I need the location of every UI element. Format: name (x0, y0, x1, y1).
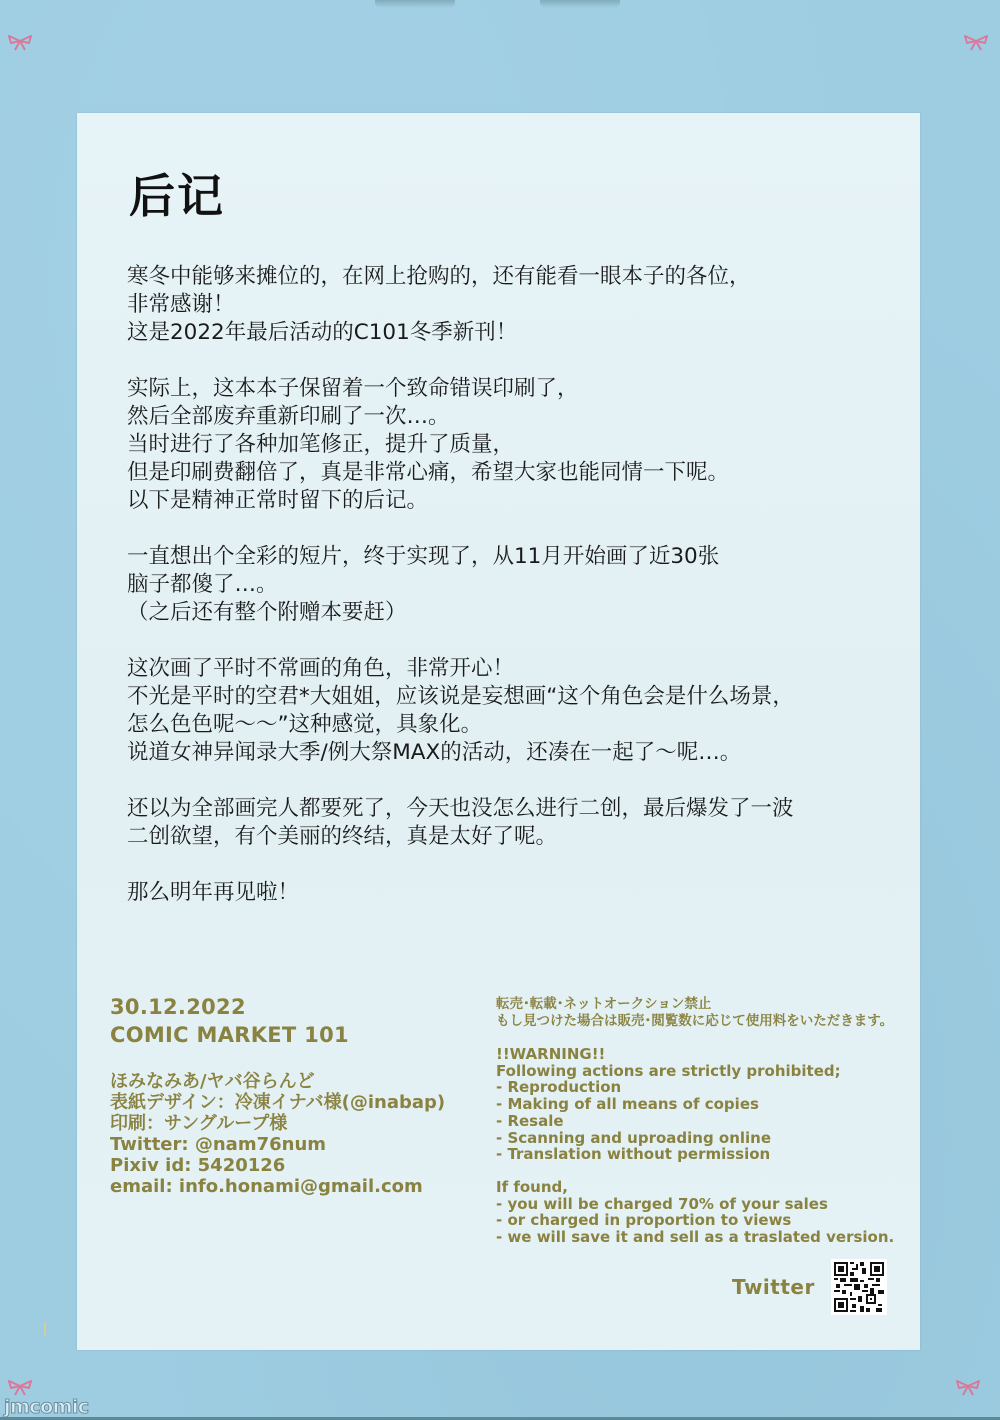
text-line: 二创欲望，有个美丽的终结，真是太好了呢。 (127, 823, 907, 851)
paragraph-thanks: 寒冬中能够来摊位的，在网上抢购的，还有能看一眼本子的各位， 非常感谢！ 这是20… (127, 263, 907, 347)
text-line: 说道女神异闻录大季/例大祭MAX的活动，还凑在一起了～呢…。 (127, 739, 907, 767)
credits-block: 30.12.2022 COMIC MARKET 101 ほみなみあ/ヤバ谷らんど… (110, 993, 445, 1197)
notice-line: - Scanning and uproading online (496, 1130, 894, 1147)
bow-icon-bottom-right (955, 1378, 981, 1396)
text-line: 寒冬中能够来摊位的，在网上抢购的，还有能看一眼本子的各位， (127, 263, 907, 291)
top-smudge-left (375, 0, 455, 8)
notice-line: - Resale (496, 1113, 894, 1130)
text-line: 当时进行了各种加笔修正，提升了质量， (127, 431, 907, 459)
event-date: 30.12.2022 (110, 993, 445, 1021)
circle-name: ほみなみあ/ヤバ谷らんど (110, 1071, 445, 1092)
notice-line: - or charged in proportion to views (496, 1212, 894, 1229)
text-line: 脑子都傻了…。 (127, 571, 907, 599)
bow-icon-bottom-left (7, 1378, 33, 1396)
text-line: 还以为全部画完人都要死了，今天也没怎么进行二创，最后爆发了一波 (127, 795, 907, 823)
paragraph-farewell: 那么明年再见啦！ (127, 879, 907, 907)
bow-icon-top-left (7, 33, 33, 51)
notice-line: - Translation without permission (496, 1146, 894, 1163)
twitter-qr-block: Twitter (732, 1259, 887, 1315)
credits-info: ほみなみあ/ヤバ谷らんど 表紙デザイン：冷凍イナバ様(@inabap) 印刷：サ… (110, 1071, 445, 1197)
paragraph-ending: 还以为全部画完人都要死了，今天也没怎么进行二创，最后爆发了一波 二创欲望，有个美… (127, 795, 907, 851)
notice-japanese: 転売･転載･ネットオークション禁止 もし見つけた場合は販売･閲覧数に応じて使用料… (496, 996, 894, 1030)
qr-code-icon (831, 1259, 887, 1315)
notice-line: Following actions are strictly prohibite… (496, 1063, 894, 1080)
text-line: 这次画了平时不常画的角色，非常开心！ (127, 655, 907, 683)
notice-line: - you will be charged 70% of your sales (496, 1196, 894, 1213)
text-line: 实际上，这本本子保留着一个致命错误印刷了， (127, 375, 907, 403)
warning-heading: !!WARNING!! (496, 1046, 894, 1063)
watermark: jmcomic (4, 1396, 89, 1418)
notice-warning: !!WARNING!! Following actions are strict… (496, 1046, 894, 1163)
pixiv-id: Pixiv id: 5420126 (110, 1155, 445, 1176)
email-address: email: info.honami@gmail.com (110, 1176, 445, 1197)
text-line: 非常感谢！ (127, 291, 907, 319)
notice-line: 転売･転載･ネットオークション禁止 (496, 996, 894, 1013)
cover-design-credit: 表紙デザイン：冷凍イナバ様(@inabap) (110, 1092, 445, 1113)
text-line: 这是2022年最后活动的C101冬季新刊！ (127, 319, 907, 347)
notice-line: If found, (496, 1179, 894, 1196)
twitter-label: Twitter (732, 1275, 815, 1299)
notice-line: - we will save it and sell as a traslate… (496, 1229, 894, 1246)
copyright-notice: 転売･転載･ネットオークション禁止 もし見つけた場合は販売･閲覧数に応じて使用料… (496, 996, 894, 1246)
paragraph-reprint: 实际上，这本本子保留着一个致命错误印刷了， 然后全部废弃重新印刷了一次…。 当时… (127, 375, 907, 515)
text-line: 不光是平时的空君*大姐姐，应该说是妄想画“这个角色会是什么场景， (127, 683, 907, 711)
notice-line: もし見つけた場合は販売･閲覧数に応じて使用料をいただきます。 (496, 1013, 894, 1030)
notice-if-found: If found, - you will be charged 70% of y… (496, 1179, 894, 1246)
afterword-panel: 后记 寒冬中能够来摊位的，在网上抢购的，还有能看一眼本子的各位， 非常感谢！ 这… (77, 113, 920, 1350)
margin-mark (44, 1322, 46, 1336)
afterword-body: 寒冬中能够来摊位的，在网上抢购的，还有能看一眼本子的各位， 非常感谢！ 这是20… (127, 263, 907, 935)
top-smudge-right (540, 0, 620, 8)
text-line: 怎么色色呢～～”这种感觉，具象化。 (127, 711, 907, 739)
paragraph-characters: 这次画了平时不常画的角色，非常开心！ 不光是平时的空君*大姐姐，应该说是妄想画“… (127, 655, 907, 767)
event-name: COMIC MARKET 101 (110, 1021, 445, 1049)
twitter-handle: Twitter: @nam76num (110, 1134, 445, 1155)
text-line: （之后还有整个附赠本要赶） (127, 599, 907, 627)
paragraph-full-color: 一直想出个全彩的短片，终于实现了，从11月开始画了近30张 脑子都傻了…。 （之… (127, 543, 907, 627)
notice-line: - Reproduction (496, 1079, 894, 1096)
text-line: 但是印刷费翻倍了，真是非常心痛，希望大家也能同情一下呢。 (127, 459, 907, 487)
page-title: 后记 (129, 173, 225, 219)
notice-line: - Making of all means of copies (496, 1096, 894, 1113)
text-line: 那么明年再见啦！ (127, 879, 907, 907)
text-line: 一直想出个全彩的短片，终于实现了，从11月开始画了近30张 (127, 543, 907, 571)
text-line: 以下是精神正常时留下的后记。 (127, 487, 907, 515)
text-line: 然后全部废弃重新印刷了一次…。 (127, 403, 907, 431)
printer-credit: 印刷：サングループ様 (110, 1113, 445, 1134)
bow-icon-top-right (963, 33, 989, 51)
